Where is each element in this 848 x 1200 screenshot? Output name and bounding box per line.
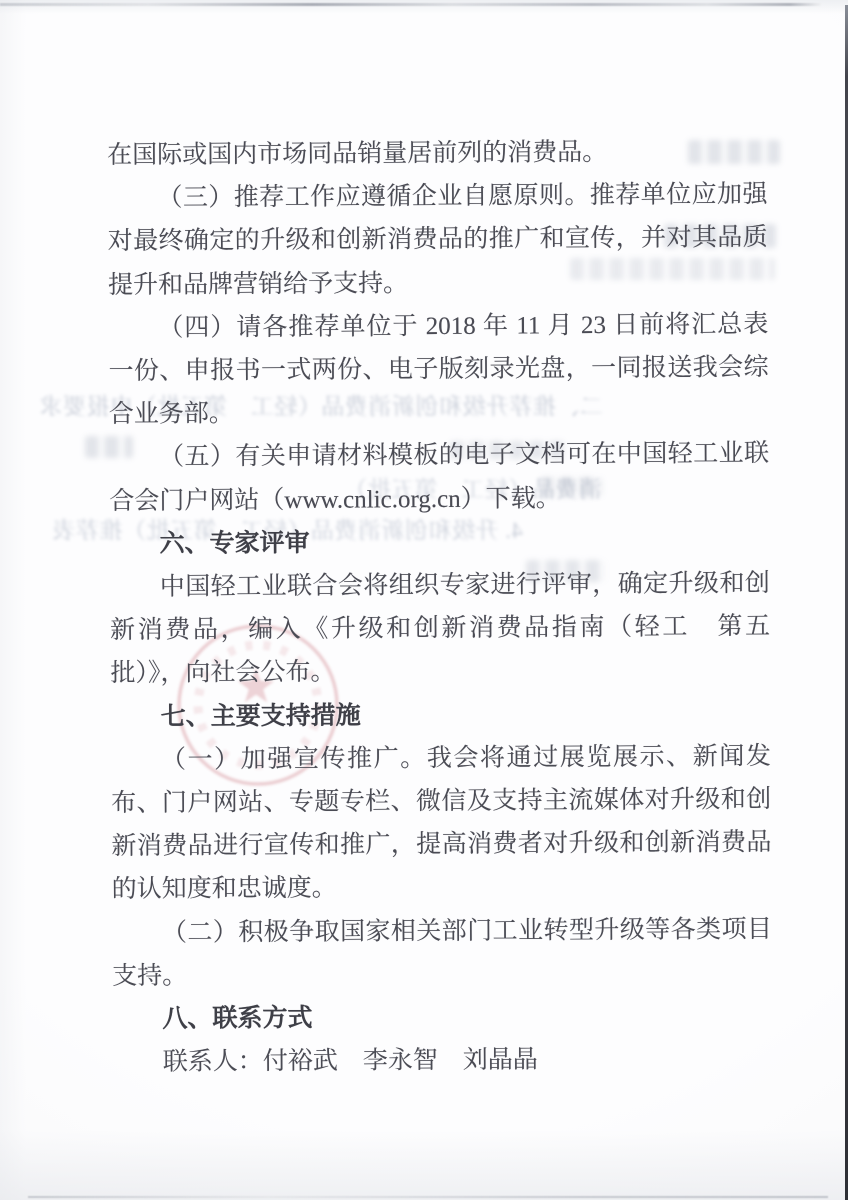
paragraph-expert-review: 中国轻工业联合会将组织专家进行评审，确定升级和创新消费品，编入《升级和创新消费品…: [110, 562, 771, 696]
document-body: 在国际或国内市场同品销量居前列的消费品。 （三）推荐工作应遵循企业自愿原则。推荐…: [107, 130, 773, 1084]
section-heading-6-expert-review: 六、专家评审: [109, 519, 769, 566]
section-heading-8-contact: 八、联系方式: [112, 994, 772, 1041]
paragraph-support-2: （二）积极争取国家相关部门工业转型升级等各类项目支持。: [112, 908, 773, 998]
scan-artifact-top-edge: [0, 3, 822, 6]
scanned-document-page: 二、推荐升级和创新消费品（轻工 第五批）申报要求 消费品（轻工 第五批） 4. …: [0, 0, 848, 1200]
scan-artifact-bottom-edge: [28, 1196, 828, 1198]
section-heading-7-support-measures: 七、主要支持措施: [111, 692, 771, 739]
paragraph-item-4: （四）请各推荐单位于 2018 年 11 月 23 日前将汇总表一份、申报书一式…: [108, 303, 769, 437]
paragraph-support-1: （一）加强宣传推广。我会将通过展览展示、新闻发布、门户网站、专题专栏、微信及支持…: [111, 735, 772, 912]
paragraph-item-5: （五）有关申请材料模板的电子文档可在中国轻工业联合会门户网站（www.cnlic…: [109, 432, 770, 522]
paragraph-item-3: （三）推荐工作应遵循企业自愿原则。推荐单位应加强对最终确定的升级和创新消费品的推…: [107, 173, 768, 307]
paragraph-continuation: 在国际或国内市场同品销量居前列的消费品。: [107, 130, 767, 177]
paragraph-contact-persons: 联系人：付裕武 李永智 刘晶晶: [113, 1037, 773, 1084]
